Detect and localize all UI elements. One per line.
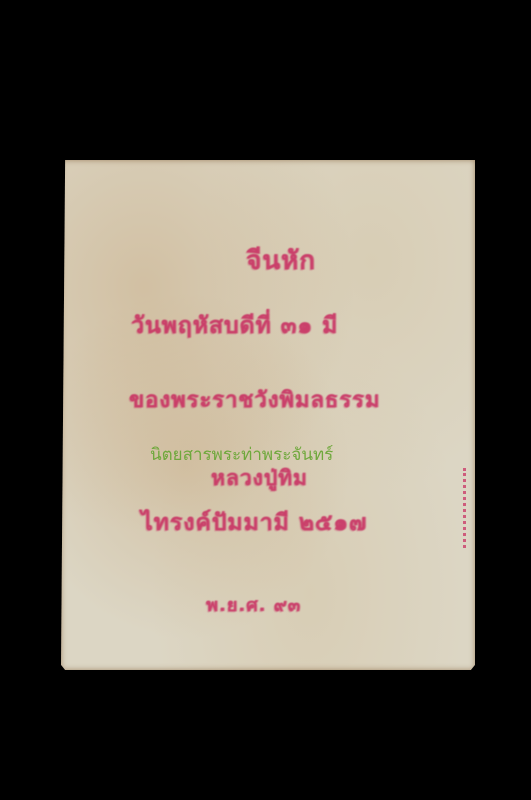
stamp-line-1: จีนหัก [246,240,316,281]
watermark-text: นิตยสารพระท่าพระจันทร์ [150,441,333,468]
stamp-line-6: พ.ย.ศ. ๙๓ [206,590,301,619]
stamp-line-5: ไทรงค์ปัมมามี ๒๕๑๗ [141,505,367,541]
stamp-bracket-mark [453,468,466,548]
stamp-line-3: ของพระราชวังพิมลธรรม [129,382,380,417]
stamp-line-2: วันพฤหัสบดีที่ ๓๑ มี [131,308,338,344]
aged-paper-card: จีนหัก วันพฤหัสบดีที่ ๓๑ มี ของพระราชวัง… [61,160,475,670]
